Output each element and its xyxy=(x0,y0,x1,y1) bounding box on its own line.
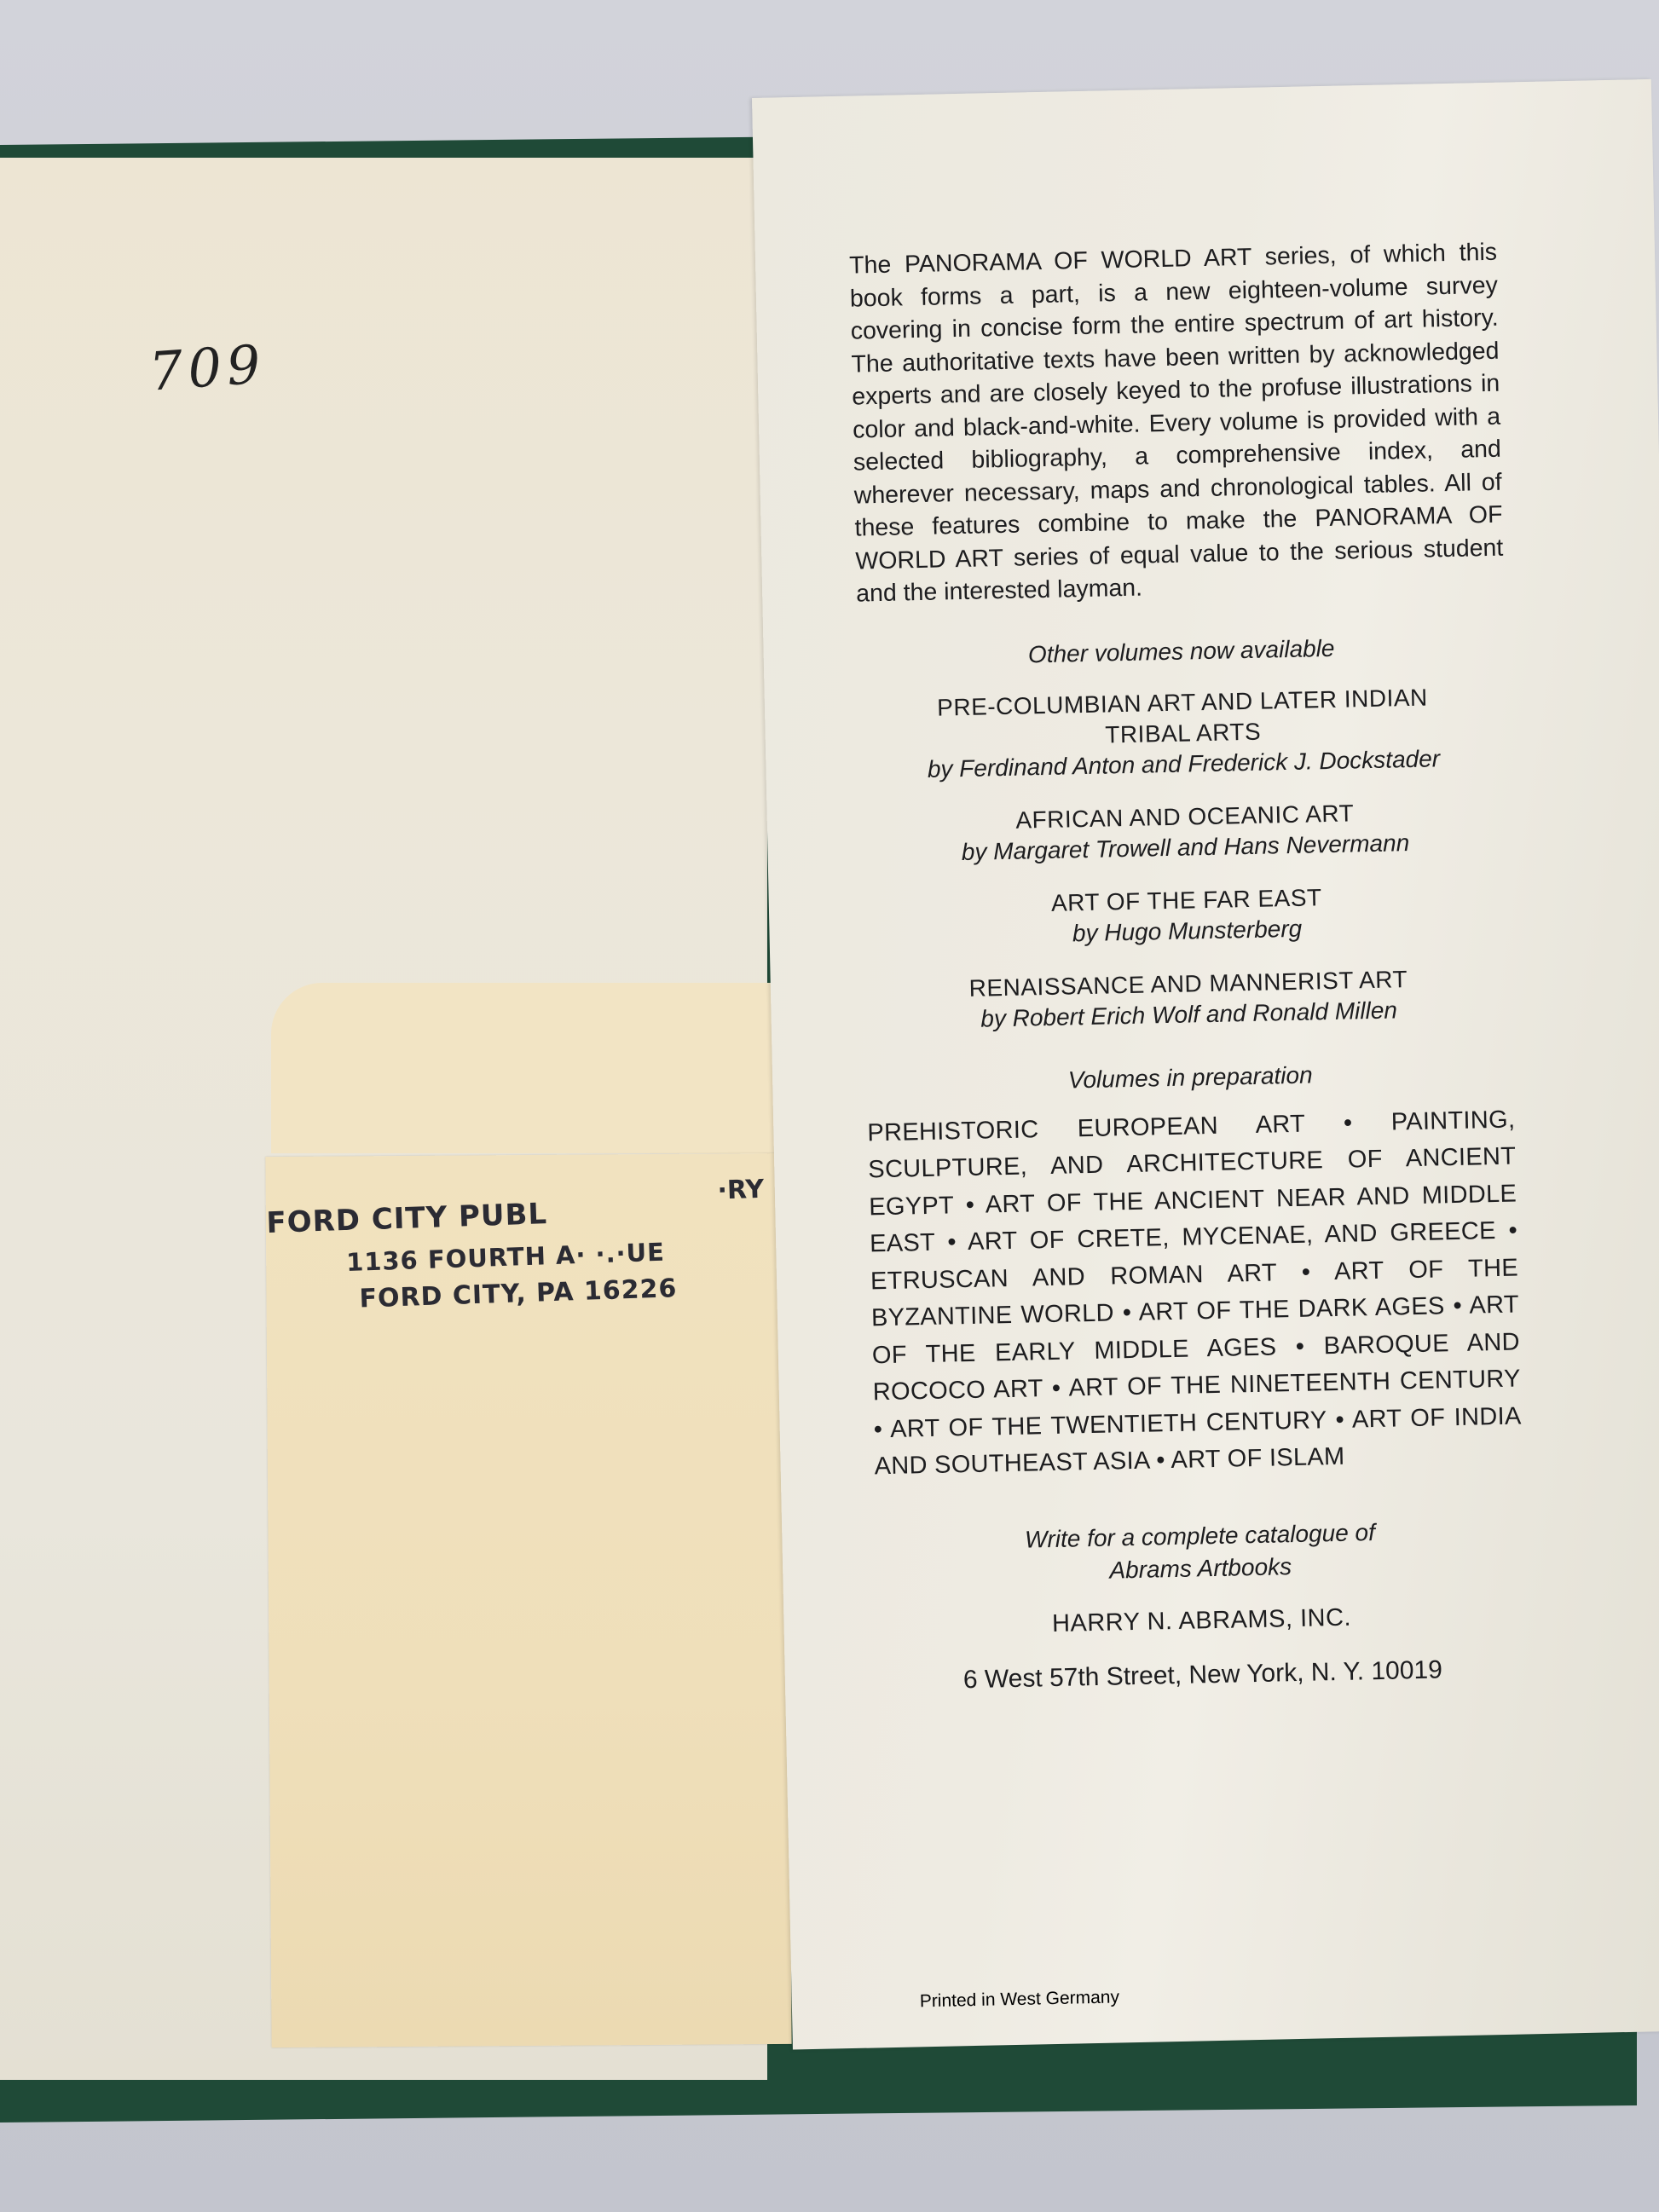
available-heading: Other volumes now available xyxy=(857,631,1506,672)
available-volume: ART OF THE FAR EAST by Hugo Munsterberg xyxy=(863,878,1512,953)
catalogue-note: Write for a complete catalogue of Abrams… xyxy=(876,1513,1524,1591)
stamp-line-1-end: ·RY xyxy=(717,1175,765,1206)
preparation-list: PREHISTORIC EUROPEAN ART • PAINTING, SCU… xyxy=(867,1101,1523,1486)
preparation-heading: Volumes in preparation xyxy=(866,1057,1515,1098)
stamp-line-2: 1136 FOURTH A· ·.·UE xyxy=(346,1238,666,1277)
available-volume: PRE-COLUMBIAN ART AND LATER INDIAN TRIBA… xyxy=(858,680,1508,786)
printed-in-note: Printed in West Germany xyxy=(920,1987,1120,2012)
stamp-line-1: FORD CITY PUBL xyxy=(266,1197,548,1240)
series-description: The PANORAMA OF WORLD ART series, of whi… xyxy=(849,236,1505,610)
library-card-pocket-back xyxy=(271,983,774,1153)
handwritten-number: 709 xyxy=(147,332,268,402)
available-volume: RENAISSANCE AND MANNERIST ART by Robert … xyxy=(864,962,1513,1037)
available-volume: AFRICAN AND OCEANIC ART by Margaret Trow… xyxy=(860,794,1509,869)
stamp-line-3: FORD CITY, PA 16226 xyxy=(359,1273,678,1314)
library-card-pocket: FORD CITY PUBL ·RY 1136 FOURTH A· ·.·UE … xyxy=(265,1153,791,2047)
library-stamp: FORD CITY PUBL ·RY 1136 FOURTH A· ·.·UE … xyxy=(266,1189,786,1206)
publisher-name: HARRY N. ABRAMS, INC. xyxy=(877,1600,1526,1642)
flap-content: The PANORAMA OF WORLD ART series, of whi… xyxy=(849,236,1527,1696)
dust-jacket-flap: The PANORAMA OF WORLD ART series, of whi… xyxy=(752,79,1659,2050)
publisher-address: 6 West 57th Street, New York, N. Y. 1001… xyxy=(879,1654,1528,1696)
